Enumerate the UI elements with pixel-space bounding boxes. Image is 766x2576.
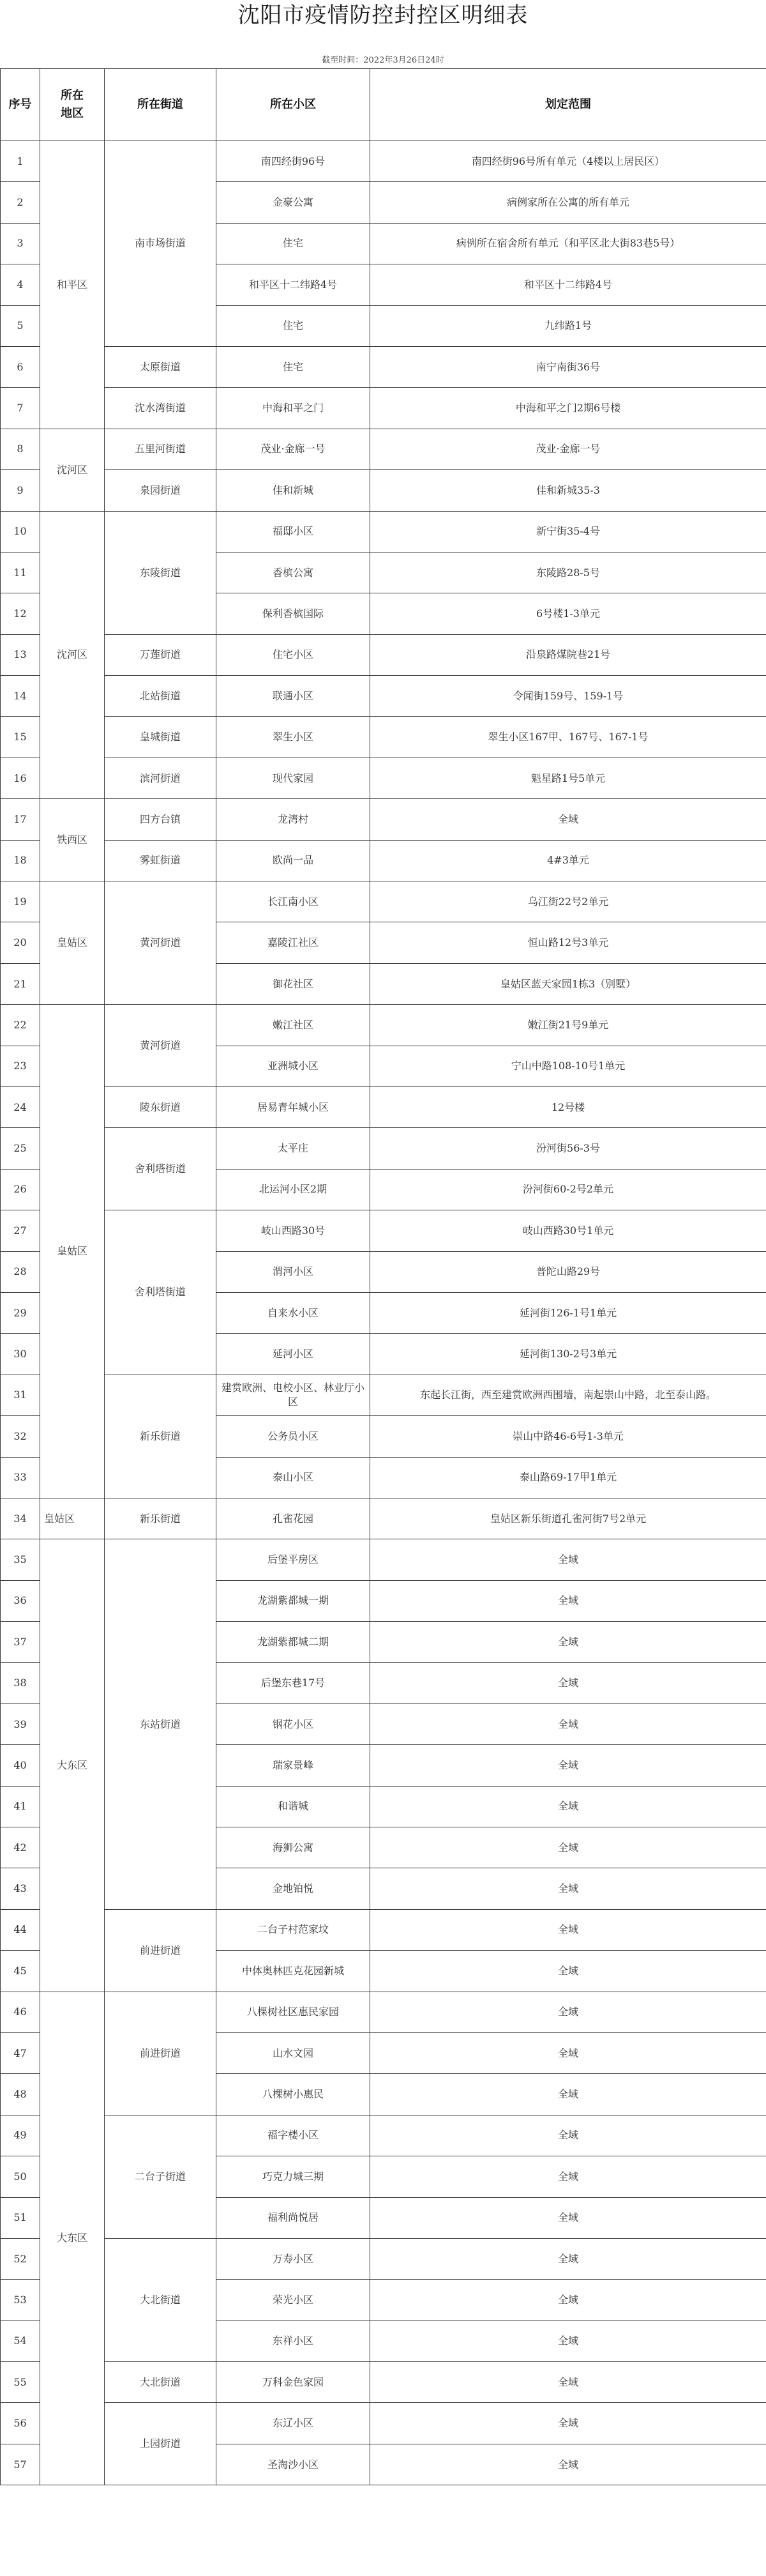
- street-cell: 黄河街道: [105, 1005, 216, 1087]
- row-number: 26: [1, 1169, 40, 1210]
- scope-cell: 东陵路28-5号: [370, 552, 766, 593]
- street-cell: 五里河街道: [105, 429, 216, 469]
- scope-cell: 病例所在宿舍所有单元（和平区北大街83巷5号）: [370, 223, 766, 264]
- table-row: 24陵东街道居易青年城小区12号楼: [1, 1086, 766, 1127]
- community-cell: 保利香槟国际: [216, 593, 370, 634]
- district-cell: 铁西区: [40, 799, 105, 881]
- street-cell: 东陵街道: [105, 511, 216, 634]
- row-number: 32: [1, 1416, 40, 1457]
- scope-cell: 全域: [370, 2362, 766, 2403]
- street-cell: 大北街道: [105, 2238, 216, 2361]
- community-cell: 山水文园: [216, 2032, 370, 2073]
- row-number: 1: [1, 141, 40, 182]
- community-cell: 和谐城: [216, 1786, 370, 1827]
- community-cell: 瑞家景峰: [216, 1745, 370, 1786]
- table-row: 7沈水湾街道中海和平之门中海和平之门2期6号楼: [1, 388, 766, 429]
- header-scope: 划定范围: [370, 69, 766, 141]
- row-number: 57: [1, 2444, 40, 2485]
- scope-cell: 中海和平之门2期6号楼: [370, 388, 766, 429]
- table-row: 8沈河区五里河街道茂业·金廊一号茂业·金廊一号: [1, 429, 766, 469]
- row-number: 29: [1, 1292, 40, 1333]
- community-cell: 巧克力城三期: [216, 2156, 370, 2197]
- header-street: 所在街道: [105, 69, 216, 141]
- community-cell: 荣光小区: [216, 2280, 370, 2321]
- scope-cell: 嫩江街21号9单元: [370, 1005, 766, 1046]
- table-row: 16滨河街道现代家园魁星路1号5单元: [1, 758, 766, 798]
- scope-cell: 全域: [370, 1786, 766, 1827]
- header-no: 序号: [1, 69, 40, 141]
- street-cell: 万莲街道: [105, 634, 216, 675]
- community-cell: 龙湖紫都城一期: [216, 1580, 370, 1621]
- row-number: 23: [1, 1046, 40, 1086]
- scope-cell: 延河街130-2号3单元: [370, 1334, 766, 1375]
- scope-cell: 全域: [370, 1992, 766, 2032]
- row-number: 28: [1, 1251, 40, 1292]
- row-number: 54: [1, 2321, 40, 2361]
- scope-cell: 全域: [370, 799, 766, 840]
- community-cell: 孔雀花园: [216, 1498, 370, 1539]
- street-cell: 舍利塔街道: [105, 1210, 216, 1375]
- row-number: 10: [1, 511, 40, 552]
- street-cell: 黄河街道: [105, 881, 216, 1005]
- scope-cell: 岐山西路30号1单元: [370, 1210, 766, 1251]
- table-row: 10沈河区东陵街道福邸小区新宁街35-4号: [1, 511, 766, 552]
- table-row: 6太原街道住宅南宁南街36号: [1, 346, 766, 387]
- community-cell: 圣淘沙小区: [216, 2444, 370, 2485]
- row-number: 22: [1, 1005, 40, 1046]
- table-row: 18雾虹街道欧尚一品4#3单元: [1, 840, 766, 881]
- community-cell: 翠生小区: [216, 717, 370, 758]
- community-cell: 海狮公寓: [216, 1827, 370, 1868]
- scope-cell: 魁星路1号5单元: [370, 758, 766, 798]
- header-district: 所在 地区: [40, 69, 105, 141]
- scope-cell: 全域: [370, 2197, 766, 2238]
- table-row: 56上园街道东辽小区全域: [1, 2403, 766, 2444]
- street-cell: 四方台镇: [105, 799, 216, 840]
- scope-cell: 全域: [370, 1663, 766, 1703]
- row-number: 33: [1, 1457, 40, 1498]
- scope-cell: 沿泉路煤院巷21号: [370, 634, 766, 675]
- row-number: 51: [1, 2197, 40, 2238]
- scope-cell: 和平区十二纬路4号: [370, 264, 766, 305]
- community-cell: 福利尚悦居: [216, 2197, 370, 2238]
- table-row: 17铁西区四方台镇龙湾村全域: [1, 799, 766, 840]
- scope-cell: 全域: [370, 2238, 766, 2279]
- community-cell: 住宅: [216, 305, 370, 346]
- community-cell: 二台子村范家坟: [216, 1909, 370, 1950]
- table-row: 13万莲街道住宅小区沿泉路煤院巷21号: [1, 634, 766, 675]
- table-row: 1和平区南市场街道南四经街96号南四经街96号所有单元（4楼以上居民区）: [1, 141, 766, 182]
- scope-cell: 全域: [370, 2032, 766, 2073]
- street-cell: 沈水湾街道: [105, 388, 216, 429]
- community-cell: 福邸小区: [216, 511, 370, 552]
- row-number: 53: [1, 2280, 40, 2321]
- scope-cell: 全域: [370, 2321, 766, 2361]
- scope-cell: 全域: [370, 1868, 766, 1909]
- row-number: 19: [1, 881, 40, 922]
- scope-cell: 茂业·金廊一号: [370, 429, 766, 469]
- community-cell: 住宅: [216, 346, 370, 387]
- table-row: 35大东区东站街道后堡平房区全域: [1, 1539, 766, 1580]
- community-cell: 茂业·金廊一号: [216, 429, 370, 469]
- row-number: 34: [1, 1498, 40, 1539]
- row-number: 44: [1, 1909, 40, 1950]
- scope-cell: 4#3单元: [370, 840, 766, 881]
- row-number: 49: [1, 2115, 40, 2156]
- row-number: 56: [1, 2403, 40, 2444]
- community-cell: 金地铂悦: [216, 1868, 370, 1909]
- community-cell: 八棵树社区惠民家园: [216, 1992, 370, 2032]
- row-number: 43: [1, 1868, 40, 1909]
- row-number: 8: [1, 429, 40, 469]
- row-number: 17: [1, 799, 40, 840]
- row-number: 31: [1, 1375, 40, 1415]
- scope-cell: 12号楼: [370, 1086, 766, 1127]
- community-cell: 公务员小区: [216, 1416, 370, 1457]
- street-cell: 东站街道: [105, 1539, 216, 1910]
- scope-cell: 泰山路69-17甲1单元: [370, 1457, 766, 1498]
- row-number: 27: [1, 1210, 40, 1251]
- community-cell: 延河小区: [216, 1334, 370, 1375]
- scope-cell: 全域: [370, 1580, 766, 1621]
- scope-cell: 汾河街60-2号2单元: [370, 1169, 766, 1210]
- scope-cell: 延河街126-1号1单元: [370, 1292, 766, 1333]
- row-number: 47: [1, 2032, 40, 2073]
- row-number: 41: [1, 1786, 40, 1827]
- district-cell: 皇姑区: [40, 881, 105, 1005]
- street-cell: 大北街道: [105, 2362, 216, 2403]
- community-cell: 长江南小区: [216, 881, 370, 922]
- table-row: 27舍利塔街道岐山西路30号岐山西路30号1单元: [1, 1210, 766, 1251]
- scope-cell: 翠生小区167甲、167号、167-1号: [370, 717, 766, 758]
- community-cell: 中海和平之门: [216, 388, 370, 429]
- scope-cell: 全域: [370, 2280, 766, 2321]
- community-cell: 北运河小区2期: [216, 1169, 370, 1210]
- table-row: 19皇姑区黄河街道长江南小区乌江街22号2单元: [1, 881, 766, 922]
- street-cell: 北站街道: [105, 676, 216, 717]
- community-cell: 万科金色家园: [216, 2362, 370, 2403]
- scope-cell: 全域: [370, 2074, 766, 2115]
- header-district-line1: 所在: [44, 87, 100, 105]
- street-cell: 南市场街道: [105, 141, 216, 347]
- community-cell: 金豪公寓: [216, 182, 370, 223]
- community-cell: 八棵树小惠民: [216, 2074, 370, 2115]
- row-number: 6: [1, 346, 40, 387]
- scope-cell: 全域: [370, 1703, 766, 1744]
- row-number: 36: [1, 1580, 40, 1621]
- scope-cell: 全域: [370, 1827, 766, 1868]
- scope-cell: 崇山中路46-6号1-3单元: [370, 1416, 766, 1457]
- community-cell: 太平庄: [216, 1128, 370, 1169]
- table-row: 49二台子街道福字楼小区全域: [1, 2115, 766, 2156]
- community-cell: 和平区十二纬路4号: [216, 264, 370, 305]
- row-number: 55: [1, 2362, 40, 2403]
- street-cell: 前进街道: [105, 1992, 216, 2115]
- scope-cell: 南四经街96号所有单元（4楼以上居民区）: [370, 141, 766, 182]
- community-cell: 后堡平房区: [216, 1539, 370, 1580]
- district-cell: 皇姑区: [40, 1498, 105, 1539]
- community-cell: 亚洲城小区: [216, 1046, 370, 1086]
- street-cell: 太原街道: [105, 346, 216, 387]
- scope-cell: 全域: [370, 1539, 766, 1580]
- community-cell: 住宅小区: [216, 634, 370, 675]
- community-cell: 中体奥林匹克花园新城: [216, 1951, 370, 1992]
- community-cell: 泰山小区: [216, 1457, 370, 1498]
- street-cell: 前进街道: [105, 1909, 216, 1992]
- scope-cell: 皇姑区蓝天家园1栋3（别墅）: [370, 963, 766, 1004]
- row-number: 37: [1, 1622, 40, 1663]
- district-cell: 大东区: [40, 1992, 105, 2485]
- community-cell: 嘉陵江社区: [216, 922, 370, 963]
- community-cell: 居易青年城小区: [216, 1086, 370, 1127]
- row-number: 13: [1, 634, 40, 675]
- community-cell: 联通小区: [216, 676, 370, 717]
- street-cell: 陵东街道: [105, 1086, 216, 1127]
- lockdown-areas-table: 序号 所在 地区 所在街道 所在小区 划定范围 1和平区南市场街道南四经街96号…: [0, 68, 766, 2485]
- table-row: 52大北街道万寿小区全域: [1, 2238, 766, 2279]
- community-cell: 钢花小区: [216, 1703, 370, 1744]
- scope-cell: 南宁南街36号: [370, 346, 766, 387]
- row-number: 12: [1, 593, 40, 634]
- page-title: 沈阳市疫情防控封控区明细表: [0, 3, 766, 28]
- community-cell: 龙湾村: [216, 799, 370, 840]
- table-row: 14北站街道联通小区令闻街159号、159-1号: [1, 676, 766, 717]
- district-cell: 和平区: [40, 141, 105, 429]
- community-cell: 东祥小区: [216, 2321, 370, 2361]
- row-number: 9: [1, 470, 40, 511]
- community-cell: 香槟公寓: [216, 552, 370, 593]
- row-number: 20: [1, 922, 40, 963]
- row-number: 5: [1, 305, 40, 346]
- cutoff-time: 截至时间：2022年3月26日24时: [0, 55, 766, 66]
- scope-cell: 全域: [370, 2115, 766, 2156]
- street-cell: 新乐街道: [105, 1498, 216, 1539]
- street-cell: 新乐街道: [105, 1375, 216, 1498]
- table-body: 1和平区南市场街道南四经街96号南四经街96号所有单元（4楼以上居民区）2金豪公…: [1, 141, 766, 2485]
- community-cell: 欧尚一品: [216, 840, 370, 881]
- row-number: 21: [1, 963, 40, 1004]
- scope-cell: 6号楼1-3单元: [370, 593, 766, 634]
- scope-cell: 全域: [370, 1622, 766, 1663]
- scope-cell: 汾河街56-3号: [370, 1128, 766, 1169]
- row-number: 2: [1, 182, 40, 223]
- row-number: 14: [1, 676, 40, 717]
- community-cell: 嫩江社区: [216, 1005, 370, 1046]
- table-row: 15皇城街道翠生小区翠生小区167甲、167号、167-1号: [1, 717, 766, 758]
- row-number: 46: [1, 1992, 40, 2032]
- table-row: 9泉园街道佳和新城佳和新城35-3: [1, 470, 766, 511]
- row-number: 15: [1, 717, 40, 758]
- table-row: 34皇姑区新乐街道孔雀花园皇姑区新乐街道孔雀河街7号2单元: [1, 1498, 766, 1539]
- scope-cell: 全域: [370, 2444, 766, 2485]
- scope-cell: 全域: [370, 2403, 766, 2444]
- community-cell: 龙湖紫都城二期: [216, 1622, 370, 1663]
- row-number: 3: [1, 223, 40, 264]
- table-header-row: 序号 所在 地区 所在街道 所在小区 划定范围: [1, 69, 766, 141]
- row-number: 35: [1, 1539, 40, 1580]
- table-row: 25舍利塔街道太平庄汾河街56-3号: [1, 1128, 766, 1169]
- row-number: 7: [1, 388, 40, 429]
- row-number: 16: [1, 758, 40, 798]
- community-cell: 住宅: [216, 223, 370, 264]
- street-cell: 皇城街道: [105, 717, 216, 758]
- street-cell: 泉园街道: [105, 470, 216, 511]
- header-community: 所在小区: [216, 69, 370, 141]
- district-cell: 沈河区: [40, 429, 105, 511]
- row-number: 50: [1, 2156, 40, 2197]
- scope-cell: 普陀山路29号: [370, 1251, 766, 1292]
- street-cell: 雾虹街道: [105, 840, 216, 881]
- row-number: 39: [1, 1703, 40, 1744]
- scope-cell: 恒山路12号3单元: [370, 922, 766, 963]
- scope-cell: 佳和新城35-3: [370, 470, 766, 511]
- table-row: 31新乐街道建赏欧洲、电校小区、林业厅小区东起长江街，西至建赏欧洲西围墙，南起崇…: [1, 1375, 766, 1415]
- scope-cell: 宁山中路108-10号1单元: [370, 1046, 766, 1086]
- header-district-line2: 地区: [44, 105, 100, 123]
- row-number: 42: [1, 1827, 40, 1868]
- community-cell: 现代家园: [216, 758, 370, 798]
- community-cell: 福字楼小区: [216, 2115, 370, 2156]
- district-cell: 皇姑区: [40, 1005, 105, 1498]
- row-number: 48: [1, 2074, 40, 2115]
- table-row: 44前进街道二台子村范家坟全域: [1, 1909, 766, 1950]
- scope-cell: 全域: [370, 1951, 766, 1992]
- scope-cell: 病例家所在公寓的所有单元: [370, 182, 766, 223]
- community-cell: 佳和新城: [216, 470, 370, 511]
- scope-cell: 全域: [370, 1909, 766, 1950]
- scope-cell: 全域: [370, 1745, 766, 1786]
- row-number: 38: [1, 1663, 40, 1703]
- scope-cell: 九纬路1号: [370, 305, 766, 346]
- row-number: 45: [1, 1951, 40, 1992]
- community-cell: 建赏欧洲、电校小区、林业厅小区: [216, 1375, 370, 1415]
- community-cell: 御花社区: [216, 963, 370, 1004]
- row-number: 18: [1, 840, 40, 881]
- community-cell: 后堡东巷17号: [216, 1663, 370, 1703]
- community-cell: 岐山西路30号: [216, 1210, 370, 1251]
- street-cell: 舍利塔街道: [105, 1128, 216, 1210]
- row-number: 25: [1, 1128, 40, 1169]
- scope-cell: 令闻街159号、159-1号: [370, 676, 766, 717]
- row-number: 11: [1, 552, 40, 593]
- row-number: 4: [1, 264, 40, 305]
- district-cell: 大东区: [40, 1539, 105, 1992]
- scope-cell: 皇姑区新乐街道孔雀河街7号2单元: [370, 1498, 766, 1539]
- community-cell: 渭河小区: [216, 1251, 370, 1292]
- community-cell: 万寿小区: [216, 2238, 370, 2279]
- district-cell: 沈河区: [40, 511, 105, 799]
- street-cell: 二台子街道: [105, 2115, 216, 2238]
- row-number: 52: [1, 2238, 40, 2279]
- scope-cell: 新宁街35-4号: [370, 511, 766, 552]
- scope-cell: 全域: [370, 2156, 766, 2197]
- community-cell: 东辽小区: [216, 2403, 370, 2444]
- table-row: 55大北街道万科金色家园全域: [1, 2362, 766, 2403]
- table-row: 46大东区前进街道八棵树社区惠民家园全域: [1, 1992, 766, 2032]
- table-row: 22皇姑区黄河街道嫩江社区嫩江街21号9单元: [1, 1005, 766, 1046]
- community-cell: 南四经街96号: [216, 141, 370, 182]
- row-number: 30: [1, 1334, 40, 1375]
- scope-cell: 乌江街22号2单元: [370, 881, 766, 922]
- street-cell: 滨河街道: [105, 758, 216, 798]
- community-cell: 自来水小区: [216, 1292, 370, 1333]
- scope-cell: 东起长江街，西至建赏欧洲西围墙，南起崇山中路，北至泰山路。: [370, 1375, 766, 1415]
- row-number: 24: [1, 1086, 40, 1127]
- street-cell: 上园街道: [105, 2403, 216, 2485]
- row-number: 40: [1, 1745, 40, 1786]
